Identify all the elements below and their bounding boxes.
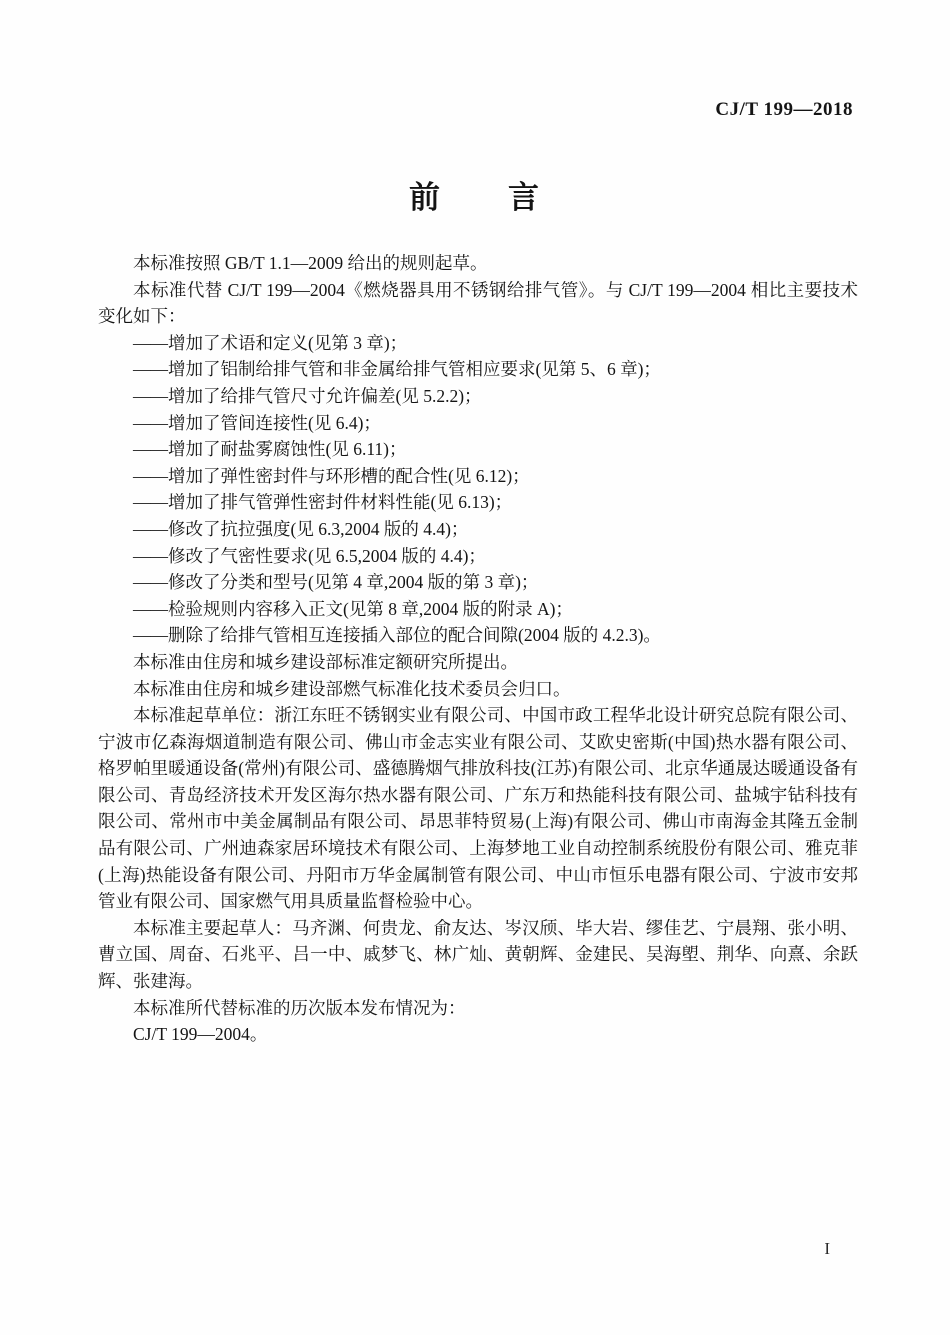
change-item: ——修改了气密性要求(见 6.5,2004 版的 4.4)； (98, 543, 858, 570)
change-item: ——修改了分类和型号(见第 4 章,2004 版的第 3 章)； (98, 569, 858, 596)
paragraph-proposed-by: 本标准由住房和城乡建设部标准定额研究所提出。 (98, 649, 858, 676)
change-item: ——增加了弹性密封件与环形槽的配合性(见 6.12)； (98, 463, 858, 490)
page-title: 前 言 (0, 172, 950, 217)
change-item: ——增加了耐盐雾腐蚀性(见 6.11)； (98, 436, 858, 463)
document-code: CJ/T 199—2018 (715, 99, 853, 121)
change-item: ——增加了术语和定义(见第 3 章)； (98, 330, 858, 357)
paragraph-drafting-basis: 本标准按照 GB/T 1.1—2009 给出的规则起草。 (98, 250, 858, 277)
change-item: ——增加了铝制给排气管和非金属给排气管相应要求(见第 5、6 章)； (98, 356, 858, 383)
paragraph-history-intro: 本标准所代替标准的历次版本发布情况为： (98, 995, 858, 1022)
change-item: ——增加了给排气管尺寸允许偏差(见 5.2.2)； (98, 383, 858, 410)
foreword-body: 本标准按照 GB/T 1.1—2009 给出的规则起草。 本标准代替 CJ/T … (98, 250, 858, 1048)
paragraph-centralized-by: 本标准由住房和城乡建设部燃气标准化技术委员会归口。 (98, 676, 858, 703)
paragraph-replaces: 本标准代替 CJ/T 199—2004《燃烧器具用不锈钢给排气管》。与 CJ/T… (98, 277, 858, 330)
paragraph-history-item: CJ/T 199—2004。 (98, 1021, 858, 1048)
page-number: I (824, 1239, 830, 1259)
change-item: ——增加了管间连接性(见 6.4)； (98, 410, 858, 437)
change-item: ——增加了排气管弹性密封件材料性能(见 6.13)； (98, 489, 858, 516)
change-item: ——修改了抗拉强度(见 6.3,2004 版的 4.4)； (98, 516, 858, 543)
changes-list: ——增加了术语和定义(见第 3 章)； ——增加了铝制给排气管和非金属给排气管相… (98, 330, 858, 649)
paragraph-drafters: 本标准主要起草人：马齐渊、何贵龙、俞友达、岑汉颀、毕大岩、缪佳艺、宁晨翔、张小明… (98, 915, 858, 995)
change-item: ——检验规则内容移入正文(见第 8 章,2004 版的附录 A)； (98, 596, 858, 623)
paragraph-drafting-units: 本标准起草单位：浙江东旺不锈钢实业有限公司、中国市政工程华北设计研究总院有限公司… (98, 702, 858, 915)
standard-document-page: CJ/T 199—2018 前 言 本标准按照 GB/T 1.1—2009 给出… (0, 0, 950, 1335)
change-item: ——删除了给排气管相互连接插入部位的配合间隙(2004 版的 4.2.3)。 (98, 622, 858, 649)
